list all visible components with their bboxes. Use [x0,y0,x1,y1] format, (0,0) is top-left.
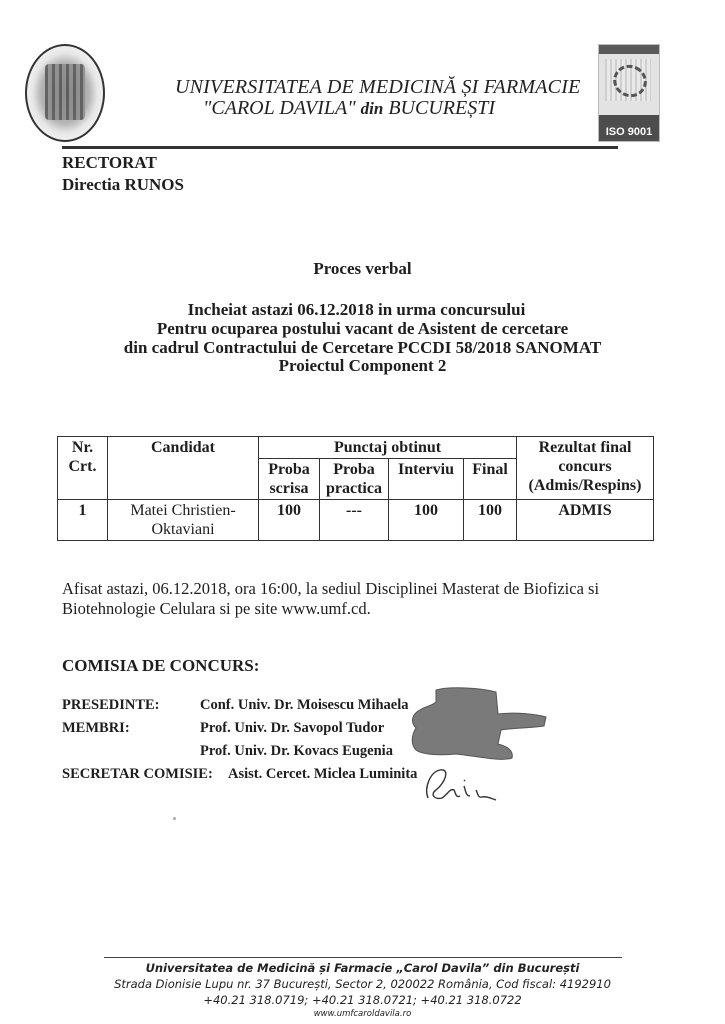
title-line-3: din cadrul Contractului de Cercetare PCC… [0,338,725,358]
scan-speck [173,817,176,820]
cell-interviu: 100 [389,500,464,541]
header-rezultat-final: Rezultat final concurs (Admis/Respins) [517,437,654,500]
secretary-label: SECRETAR COMISIE: [62,766,213,783]
cell-proba-scrisa: 100 [259,500,320,541]
header-proba-practica: Proba practica [320,459,389,500]
header-punctaj-obtinut: Punctaj obtinut [259,437,517,459]
table-row: 1 Matei Christien-Oktaviani 100 --- 100 … [58,500,654,541]
title-line-1: Incheiat astazi 06.12.2018 in urma concu… [0,300,719,320]
header-divider [62,146,618,149]
commission-heading: COMISIA DE CONCURS: [62,656,259,676]
university-name-din: din [361,99,384,118]
title-line-4: Proiectul Component 2 [0,356,725,376]
header-nr-crt: Nr. Crt. [58,437,108,500]
cell-final: 100 [464,500,517,541]
results-table: Nr. Crt. Candidat Punctaj obtinut Rezult… [57,436,654,541]
posting-note: Afisat astazi, 06.12.2018, ora 16:00, la… [62,579,652,619]
iso-logo-top-band [599,45,659,54]
footer-address: Strada Dionisie Lupu nr. 37 București, S… [0,977,725,991]
cell-candidat: Matei Christien-Oktaviani [108,500,259,541]
secretary-signature [420,764,500,806]
members-label: MEMBRI: [62,720,130,737]
iso-certification-logo: ISO 9001 [598,44,660,142]
member-name-2: Prof. Univ. Dr. Kovacs Eugenia [200,743,393,760]
footer-divider [104,957,622,958]
university-seal-logo [25,44,105,142]
department-label: RECTORAT [62,153,157,173]
header-final: Final [464,459,517,500]
seal-building-image [45,64,85,120]
university-name-line2: "CAROL DAVILA" din BUCUREȘTI [203,97,495,120]
member-name-1: Prof. Univ. Dr. Savopol Tudor [200,720,384,737]
header-interviu: Interviu [389,459,464,500]
redacted-signatures [406,684,549,767]
cell-nr: 1 [58,500,108,541]
document-title: Proces verbal [0,259,725,279]
secretary-name: Asist. Cercet. Miclea Luminita [228,766,417,783]
table-header-row-1: Nr. Crt. Candidat Punctaj obtinut Rezult… [58,437,654,459]
university-name-city: BUCUREȘTI [383,97,495,119]
iso-label: ISO 9001 [599,115,659,141]
cell-rezultat: ADMIS [517,500,654,541]
title-line-2: Pentru ocuparea postului vacant de Asist… [0,319,725,339]
president-name: Conf. Univ. Dr. Moisescu Mihaela [200,697,409,714]
footer-website-link[interactable]: www.umfcaroldavila.ro [0,1009,725,1019]
president-label: PRESEDINTE: [62,697,160,714]
university-name-carol-davila: "CAROL DAVILA" [203,97,361,119]
direction-label: Directia RUNOS [62,175,184,195]
header-candidat: Candidat [108,437,259,500]
header-proba-scrisa: Proba scrisa [259,459,320,500]
footer-university-name: Universitatea de Medicină și Farmacie „C… [0,961,725,975]
footer-phones: +40.21 318.0719; +40.21 318.0721; +40.21… [0,993,725,1007]
cell-proba-practica: --- [320,500,389,541]
university-name-line1: UNIVERSITATEA DE MEDICINĂ ȘI FARMACIE [175,76,581,99]
